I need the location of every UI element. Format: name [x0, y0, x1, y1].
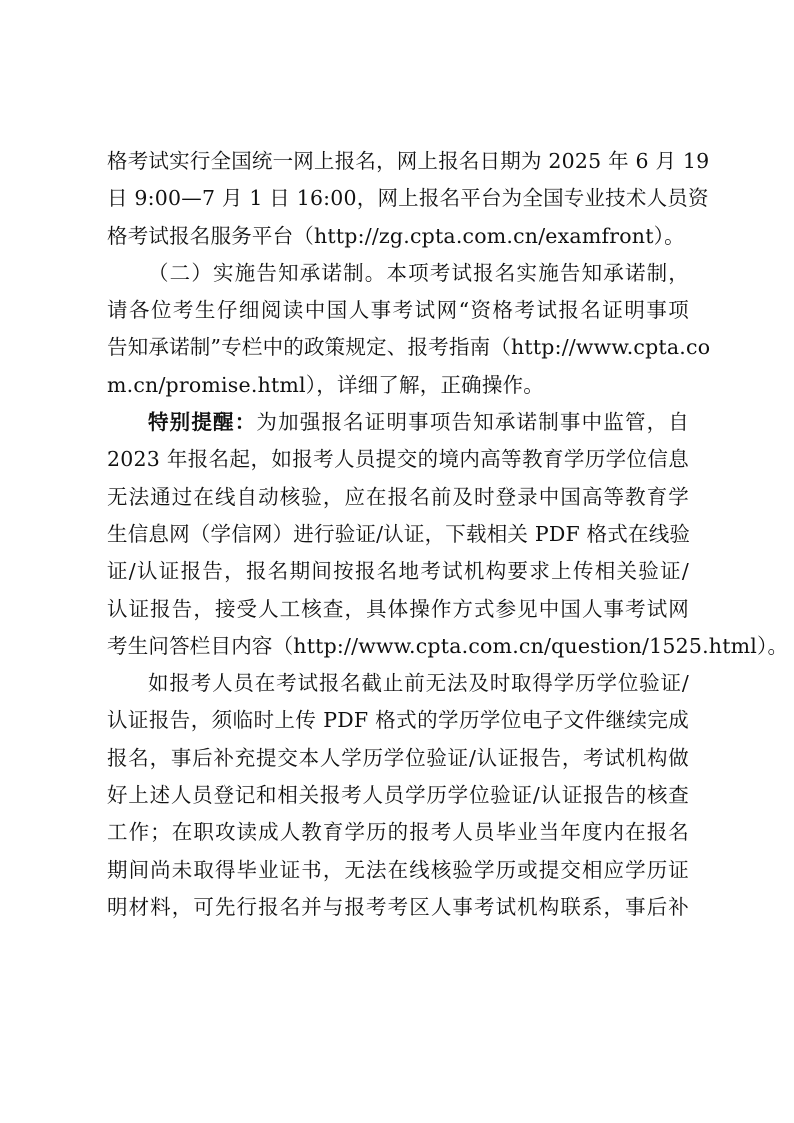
special-reminder-label: 特别提醒： [148, 410, 256, 434]
paragraph-special-reminder: 特别提醒：为加强报名证明事项告知承诺制事中监管，自 2023 年报名起，如报考人… [107, 404, 689, 665]
text-line: 报名，事后补充提交本人学历学位验证/认证报告，考试机构做 [107, 740, 689, 777]
text-line: 期间尚未取得毕业证书，无法在线核验学历或提交相应学历证 [107, 852, 689, 889]
text-line: 工作；在职攻读成人教育学历的报考人员毕业当年度内在报名 [107, 814, 689, 851]
text-line: 2023 年报名起，如报考人员提交的境内高等教育学历学位信息 [107, 441, 689, 478]
text-line: （二）实施告知承诺制。本项考试报名实施告知承诺制， [107, 255, 689, 292]
text-line: 特别提醒：为加强报名证明事项告知承诺制事中监管，自 [107, 404, 689, 441]
text-line: 认证报告，须临时上传 PDF 格式的学历学位电子文件继续完成 [107, 702, 689, 739]
text-line: 无法通过在线自动核验，应在报名前及时登录中国高等教育学 [107, 479, 689, 516]
text-line: 证/认证报告，报名期间按报名地考试机构要求上传相关验证/ [107, 553, 689, 590]
text-line: 格考试实行全国统一网上报名，网上报名日期为 2025 年 6 月 19 [107, 143, 689, 180]
text-line: 请各位考生仔细阅读中国人事考试网“资格考试报名证明事项 [107, 292, 689, 329]
text-line: 好上述人员登记和相关报考人员学历学位验证/认证报告的核查 [107, 777, 689, 814]
text-line: m.cn/promise.html），详细了解，正确操作。 [107, 367, 689, 404]
text-line: 如报考人员在考试报名截止前无法及时取得学历学位验证/ [107, 665, 689, 702]
text-line: 日 9:00—7 月 1 日 16:00，网上报名平台为全国专业技术人员资 [107, 180, 689, 217]
paragraph-online-registration: 格考试实行全国统一网上报名，网上报名日期为 2025 年 6 月 19 日 9:… [107, 143, 689, 255]
text-line: 明材料，可先行报名并与报考考区人事考试机构联系，事后补 [107, 889, 689, 926]
text-line: 考生问答栏目内容（http://www.cpta.com.cn/question… [107, 628, 689, 665]
document-body: 格考试实行全国统一网上报名，网上报名日期为 2025 年 6 月 19 日 9:… [107, 143, 689, 926]
text-line: 生信息网（学信网）进行验证/认证，下载相关 PDF 格式在线验 [107, 516, 689, 553]
text-span: 为加强报名证明事项告知承诺制事中监管，自 [256, 410, 689, 434]
paragraph-late-verification: 如报考人员在考试报名截止前无法及时取得学历学位验证/ 认证报告，须临时上传 PD… [107, 665, 689, 926]
text-line: 格考试报名服务平台（http://zg.cpta.com.cn/examfron… [107, 218, 689, 255]
document-page: 格考试实行全国统一网上报名，网上报名日期为 2025 年 6 月 19 日 9:… [0, 0, 794, 1123]
text-line: 认证报告，接受人工核查，具体操作方式参见中国人事考试网 [107, 591, 689, 628]
text-line: 告知承诺制”专栏中的政策规定、报考指南（http://www.cpta.co [107, 329, 689, 366]
paragraph-commitment-system: （二）实施告知承诺制。本项考试报名实施告知承诺制， 请各位考生仔细阅读中国人事考… [107, 255, 689, 404]
